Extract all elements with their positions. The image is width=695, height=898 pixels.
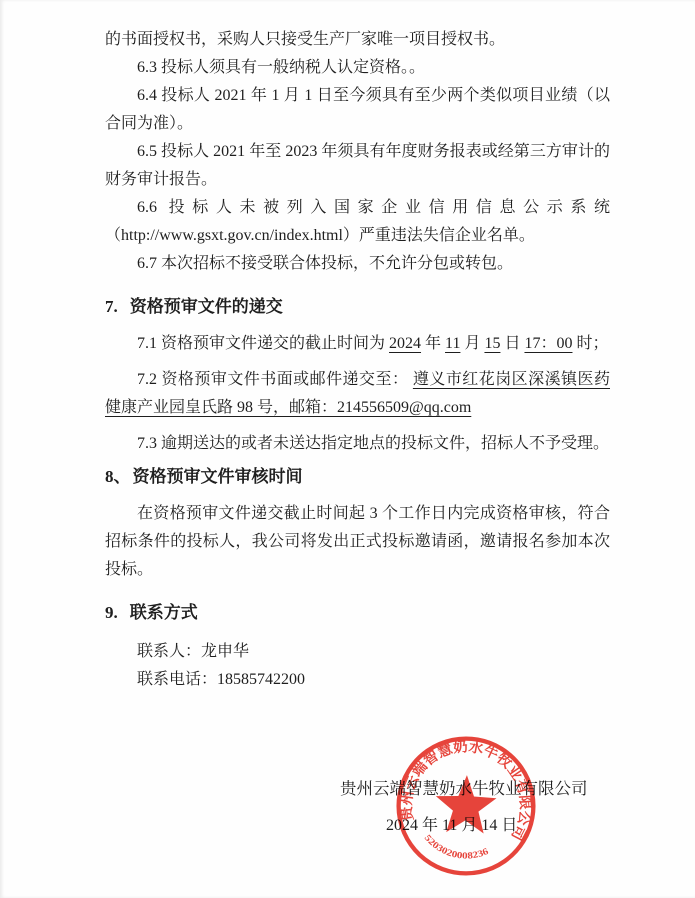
contact-phone: 联系电话：18585742200	[105, 666, 610, 694]
svg-text:5203020008236: 5203020008236	[419, 832, 492, 866]
clause-6-5: 6.5 投标人 2021 年至 2023 年须具有年度财务报表或经第三方审计的财…	[105, 138, 610, 194]
deadline-day: 15	[484, 335, 500, 352]
unit-month: 月	[464, 335, 480, 352]
deadline-year: 2024	[389, 335, 421, 352]
document-body: 的书面授权书，采购人只接受生产厂家唯一项目授权书。 6.3 投标人须具有一般纳税…	[0, 0, 695, 694]
clause-7-1-lead: 7.1 资格预审文件递交的截止时间为	[137, 335, 385, 352]
unit-day: 日	[504, 335, 520, 352]
contact-person: 联系人：龙申华	[105, 638, 610, 666]
section-8-number: 8、	[105, 467, 131, 486]
clause-6-6: 6.6 投标人未被列入国家企业信用信息公示系统（http://www.gsxt.…	[105, 194, 610, 250]
signature-date: 2024 年 11 月 14 日	[386, 816, 517, 836]
unit-year: 年	[425, 335, 441, 352]
clause-6-7: 6.7 本次招标不接受联合体投标，不允许分包或转包。	[105, 250, 610, 278]
signature-company: 贵州云端智慧奶水牛牧业有限公司	[340, 779, 588, 799]
clause-7-3: 7.3 逾期送达的或者未送达指定地点的投标文件，招标人不予受理。	[105, 430, 610, 458]
paragraph-continuation: 的书面授权书，采购人只接受生产厂家唯一项目授权书。	[105, 26, 610, 54]
section-9-number: 9.	[105, 603, 118, 622]
clause-6-4: 6.4 投标人 2021 年 1 月 1 日至今须具有至少两个类似项目业绩（以合…	[105, 82, 610, 138]
section-8-title: 资格预审文件审核时间	[133, 467, 303, 486]
company-seal-stamp-icon: 贵州云端智慧奶水牛牧业有限公司 5203020008236	[383, 723, 550, 890]
seal-serial-number: 5203020008236	[419, 832, 492, 866]
clause-7-2-lead: 7.2 资格预审文件书面或邮件递交至：	[137, 371, 408, 388]
section-9-heading: 9.联系方式	[105, 598, 610, 628]
clause-7-1-tail: 时；	[576, 335, 608, 352]
clause-6-3: 6.3 投标人须具有一般纳税人认定资格。。	[105, 54, 610, 82]
section-7-title: 资格预审文件的递交	[130, 297, 283, 316]
clause-7-1: 7.1 资格预审文件递交的截止时间为 2024 年 11 月 15 日 17：0…	[105, 330, 610, 358]
section-7-heading: 7.资格预审文件的递交	[105, 292, 610, 322]
section-9-title: 联系方式	[130, 603, 198, 622]
seal-ring	[388, 728, 544, 884]
section-7-number: 7.	[105, 297, 118, 316]
section-8-heading: 8、资格预审文件审核时间	[105, 462, 610, 492]
deadline-time: 17：00	[524, 335, 572, 352]
deadline-month: 11	[445, 335, 460, 352]
clause-7-2: 7.2 资格预审文件书面或邮件递交至： 遵义市红花岗区深溪镇医药健康产业园皇氏路…	[105, 366, 610, 422]
document-page: 的书面授权书，采购人只接受生产厂家唯一项目授权书。 6.3 投标人须具有一般纳税…	[0, 0, 695, 898]
section-8-body: 在资格预审文件递交截止时间起 3 个工作日内完成资格审核，符合招标条件的投标人，…	[105, 500, 610, 584]
